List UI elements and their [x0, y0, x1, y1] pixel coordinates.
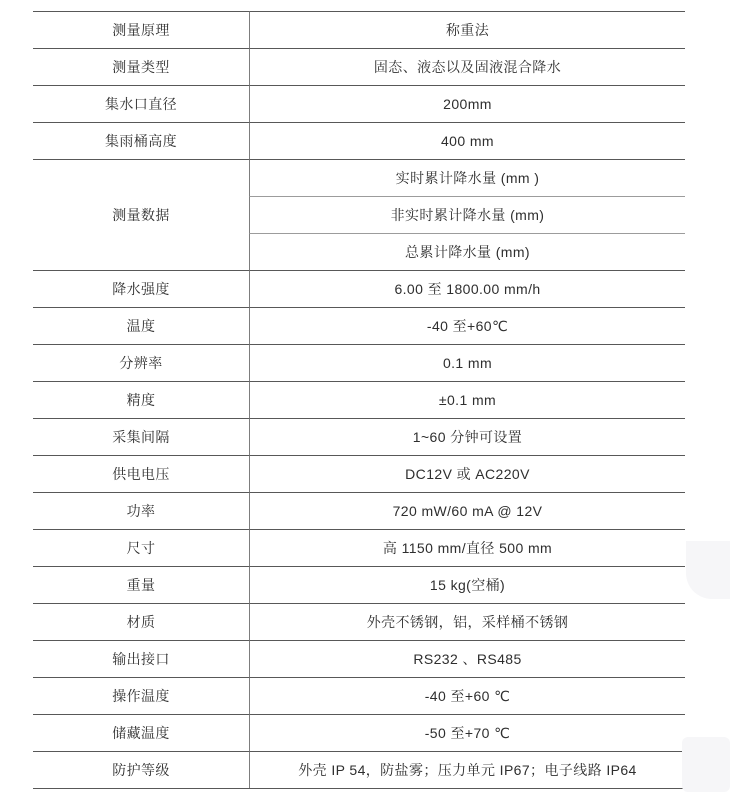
- spec-row-value: RS232 、RS485: [249, 640, 685, 677]
- spec-row-value: -50 至+70 ℃: [249, 714, 685, 751]
- spec-row-label: 精度: [33, 381, 249, 418]
- spec-row-label: 材质: [33, 603, 249, 640]
- spec-row-value: 外壳不锈钢，铝，采样桶不锈钢: [249, 603, 685, 640]
- document-page: 测量原理 称重法 测量类型 固态、液态以及固液混合降水 集水口直径 200mm …: [0, 0, 730, 795]
- spec-row-label: 操作温度: [33, 677, 249, 714]
- spec-row-label: 防护等级: [33, 751, 249, 788]
- spec-row-label: 集水口直径: [33, 85, 249, 122]
- spec-row-label-merged: 测量数据: [33, 159, 249, 270]
- spec-row-label: 采集间隔: [33, 418, 249, 455]
- spec-row-value: 15 kg(空桶): [249, 566, 685, 603]
- spec-row-value: 0.1 mm: [249, 344, 685, 381]
- spec-row-label: 集雨桶高度: [33, 122, 249, 159]
- scan-artifact: [686, 541, 730, 599]
- spec-row-value: 总累计降水量 (mm): [249, 233, 685, 270]
- spec-row-value: DC12V 或 AC220V: [249, 455, 685, 492]
- spec-row-label: 尺寸: [33, 529, 249, 566]
- spec-row-label: 温度: [33, 307, 249, 344]
- spec-row-value: 高 1150 mm/直径 500 mm: [249, 529, 685, 566]
- spec-row-value: -40 至+60 ℃: [249, 677, 685, 714]
- spec-row-label: 测量原理: [33, 11, 249, 48]
- spec-row-value: 实时累计降水量 (mm ): [249, 159, 685, 196]
- spec-row-value: -40 至+60℃: [249, 307, 685, 344]
- spec-table: 测量原理 称重法 测量类型 固态、液态以及固液混合降水 集水口直径 200mm …: [33, 11, 685, 789]
- spec-row-value: 非实时累计降水量 (mm): [249, 196, 685, 233]
- spec-row-value: 外壳 IP 54，防盐雾；压力单元 IP67；电子线路 IP64: [249, 751, 685, 788]
- spec-row-value: 720 mW/60 mA @ 12V: [249, 492, 685, 529]
- spec-row-label: 供电电压: [33, 455, 249, 492]
- spec-row-value: 1~60 分钟可设置: [249, 418, 685, 455]
- spec-row-label: 功率: [33, 492, 249, 529]
- spec-row-label: 输出接口: [33, 640, 249, 677]
- spec-row-label: 重量: [33, 566, 249, 603]
- spec-row-value: 称重法: [249, 11, 685, 48]
- spec-row-value: ±0.1 mm: [249, 381, 685, 418]
- spec-row-label: 储藏温度: [33, 714, 249, 751]
- spec-row-label: 测量类型: [33, 48, 249, 85]
- scan-artifact: [682, 737, 730, 792]
- spec-row-value: 400 mm: [249, 122, 685, 159]
- spec-row-label: 分辨率: [33, 344, 249, 381]
- spec-row-label: 降水强度: [33, 270, 249, 307]
- spec-row-value: 200mm: [249, 85, 685, 122]
- spec-row-value: 6.00 至 1800.00 mm/h: [249, 270, 685, 307]
- spec-row-value: 固态、液态以及固液混合降水: [249, 48, 685, 85]
